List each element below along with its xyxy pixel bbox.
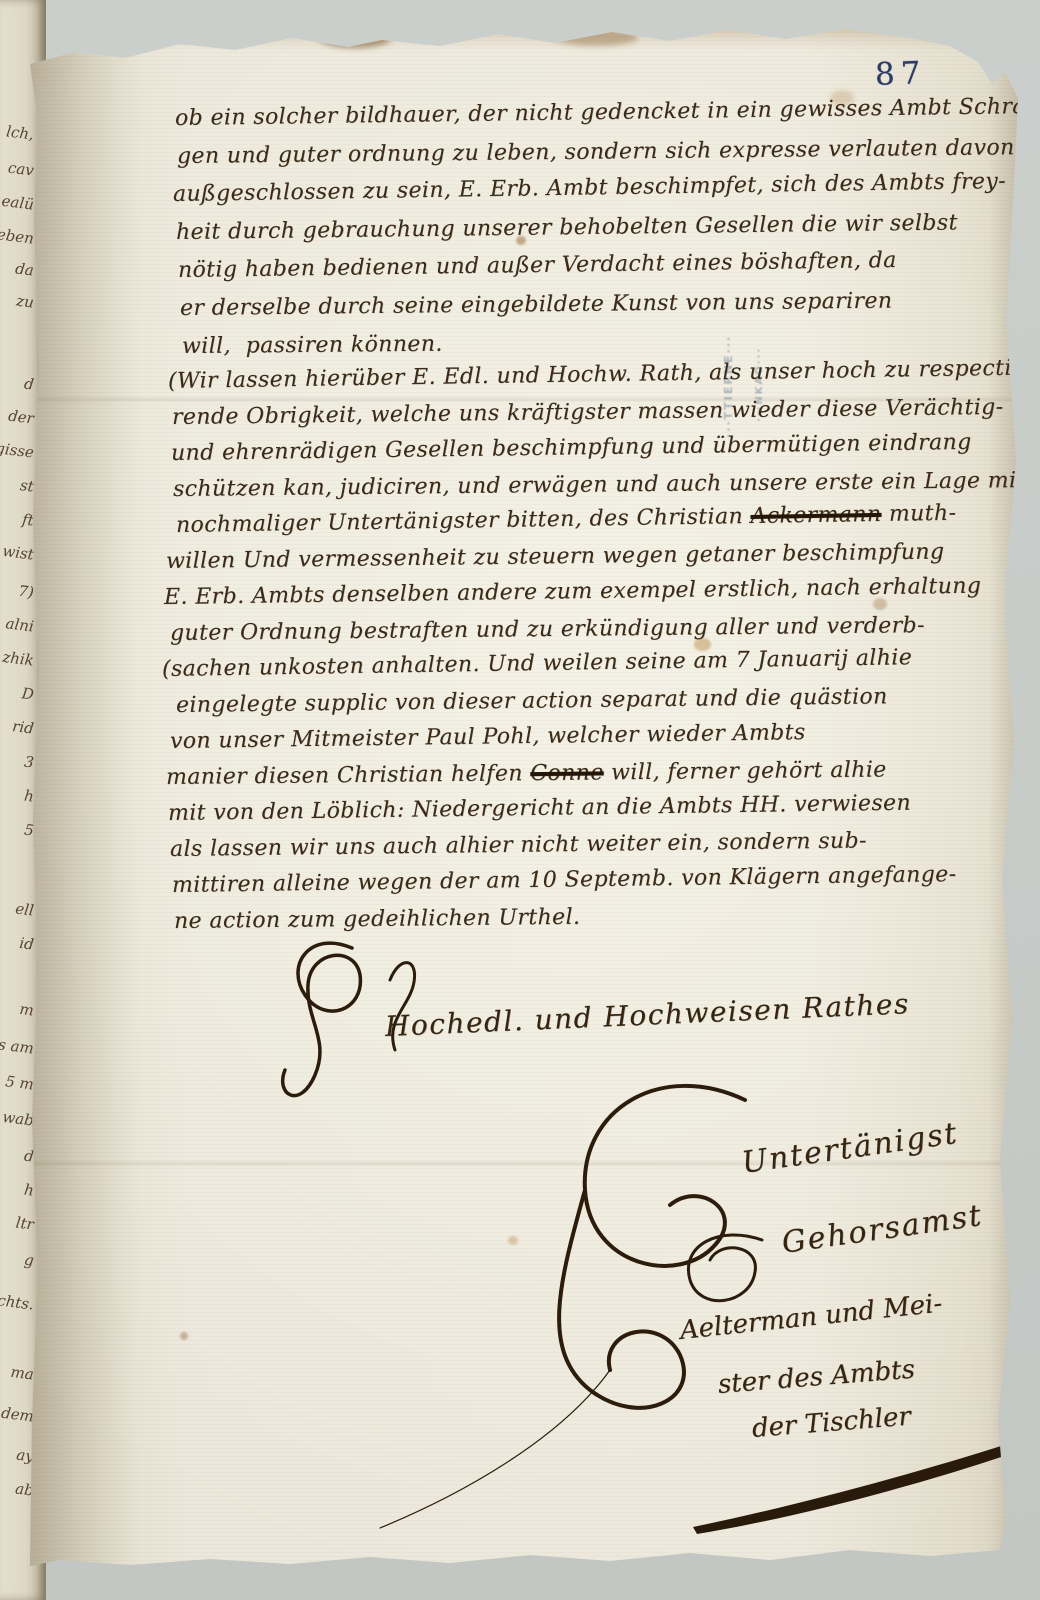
- manuscript-line: nötig haben bedienen und außer Verdacht …: [178, 248, 897, 283]
- manuscript-line: will, passiren können.: [182, 332, 443, 359]
- manuscript-line: außgeschlossen zu sein, E. Erb. Ambt bes…: [173, 169, 1006, 207]
- margin-fragment-text: id: [18, 934, 34, 954]
- margin-fragment: h: [0, 780, 35, 805]
- margin-fragment-text: ma: [10, 1363, 35, 1384]
- margin-fragment: ealü: [0, 188, 35, 213]
- paraph-lower-loop: [559, 1190, 684, 1408]
- margin-fragment-text: h: [23, 1181, 35, 1200]
- gutter-shadow: [30, 20, 140, 1568]
- manuscript-line: von unser Mitmeister Paul Pohl, welcher …: [170, 720, 806, 754]
- line-text: als lassen wir uns auch alhier nicht wei…: [170, 828, 867, 862]
- margin-fragment: zu: [0, 286, 35, 311]
- paraph-tail: [380, 1370, 610, 1528]
- stain-spot: [508, 1236, 518, 1245]
- margin-fragment-text: dem: [0, 1404, 35, 1426]
- struck-out-word: Conne: [530, 760, 604, 786]
- margin-fragment-text: D: [21, 684, 35, 703]
- manuscript-page: 87 ···TTIERNE··· ···NKAO··· ob ein solch…: [30, 20, 1022, 1568]
- manuscript-line: er derselbe durch seine eingebildete Kun…: [180, 289, 893, 321]
- margin-fragment-text: wist: [2, 542, 35, 564]
- stain-spot: [554, 30, 638, 46]
- line-text: will, ferner gehört alhie: [604, 757, 887, 785]
- paraph-upper-loop: [585, 1086, 745, 1266]
- margin-fragment-text: ell: [14, 899, 35, 919]
- margin-fragment-text: alni: [5, 614, 35, 635]
- margin-fragment-text: g: [23, 1251, 35, 1270]
- line-text: mit von den Löblich: Niedergericht an di…: [168, 791, 911, 826]
- line-text: nötig haben bedienen und außer Verdacht …: [178, 248, 897, 283]
- line-text: gen und guter ordnung zu leben, sondern …: [177, 135, 1015, 169]
- margin-fragment: rid: [0, 712, 35, 737]
- line-text: er derselbe durch seine eingebildete Kun…: [180, 289, 893, 321]
- margin-fragment-text: cav: [7, 159, 35, 180]
- margin-fragment: lch,: [0, 118, 35, 143]
- margin-fragment: ltr: [0, 1208, 35, 1233]
- line-text: (sachen unkosten anhalten. Und weilen se…: [162, 645, 913, 682]
- margin-fragment-text: eben: [0, 225, 35, 247]
- line-text: eingelegte supplic von dieser action sep…: [176, 684, 888, 718]
- margin-fragment: st: [0, 470, 35, 495]
- line-text: muth-: [881, 501, 956, 527]
- line-text: außgeschlossen zu sein, E. Erb. Ambt bes…: [173, 169, 1006, 207]
- manuscript-line: nochmaliger Untertänigster bitten, des C…: [176, 501, 957, 538]
- margin-fragment: eben: [0, 222, 35, 247]
- margin-fragment: da: [0, 254, 35, 279]
- manuscript-line: heit durch gebrauchung unserer behobelte…: [176, 210, 958, 245]
- page-edge-shadow: [988, 20, 1022, 1568]
- margin-fragment-text: 3: [23, 753, 35, 772]
- flourish-g: [688, 1235, 762, 1301]
- stain-spot: [205, 26, 249, 40]
- margin-fragment: ma: [0, 1358, 35, 1383]
- margin-fragment: chts.: [0, 1288, 35, 1313]
- line-text: rende Obrigkeit, welche uns kräftigster …: [172, 395, 1004, 430]
- line-text: von unser Mitmeister Paul Pohl, welcher …: [170, 720, 806, 754]
- folio-number: 87: [874, 55, 927, 93]
- signature-line-1: Aelterman und Mei-: [678, 1289, 943, 1346]
- manuscript-line: mit von den Löblich: Niedergericht an di…: [168, 791, 911, 826]
- margin-fragment: ay: [0, 1440, 35, 1465]
- manuscript-line: ob ein solcher bildhauer, der nicht gede…: [175, 94, 1034, 131]
- stain-spot: [318, 26, 392, 48]
- margin-fragment: d: [0, 1140, 35, 1165]
- signature-underline-swoosh: [693, 1442, 1016, 1534]
- line-text: E. Erb. Ambts denselben andere zum exemp…: [164, 574, 982, 610]
- margin-fragment-text: wab: [2, 1108, 35, 1130]
- margin-fragment: 7): [0, 576, 35, 601]
- manuscript-line: mittiren alleine wegen der am 10 Septemb…: [172, 862, 957, 898]
- margin-fragment: ft: [0, 504, 35, 529]
- manuscript-line: ne action zum gedeihlichen Urthel.: [174, 905, 581, 934]
- signature-line-2: ster des Ambts: [717, 1355, 916, 1400]
- margin-fragment-text: st: [19, 476, 35, 496]
- margin-fragment-text: gisse: [0, 439, 35, 462]
- margin-fragment: g: [0, 1244, 35, 1269]
- margin-fragment: 5: [0, 814, 35, 839]
- margin-fragment: zhik: [0, 644, 35, 669]
- stain-spot: [180, 1332, 188, 1340]
- margin-fragment-text: der: [7, 407, 35, 428]
- manuscript-line: eingelegte supplic von dieser action sep…: [176, 684, 888, 718]
- margin-fragment-text: h: [23, 787, 35, 806]
- closing-untertanigst: Untertänigst: [740, 1116, 961, 1181]
- line-text: willen Und vermessenheit zu steuern wege…: [166, 539, 945, 574]
- manuscript-line: E. Erb. Ambts denselben andere zum exemp…: [164, 574, 982, 610]
- margin-fragment-text: m: [19, 1000, 35, 1020]
- margin-fragment-text: ft: [21, 510, 35, 529]
- manuscript-line: und ehrenrädigen Gesellen beschimpfung u…: [171, 430, 972, 466]
- line-text: heit durch gebrauchung unserer behobelte…: [176, 210, 958, 245]
- margin-fragment: 5 m: [0, 1068, 35, 1093]
- margin-fragment: h: [0, 1174, 35, 1199]
- margin-fragment-text: ealü: [1, 192, 35, 214]
- manuscript-line: (sachen unkosten anhalten. Und weilen se…: [162, 645, 913, 682]
- closing-address-line: Hochedl. und Hochweisen Rathes: [384, 987, 910, 1043]
- line-text: schützen kan, judiciren, und erwägen und…: [173, 468, 1026, 502]
- margin-fragment: alni: [0, 610, 35, 635]
- manuscript-line: schützen kan, judiciren, und erwägen und…: [173, 468, 1026, 502]
- manuscript-line: guter Ordnung bestraften und zu erkündig…: [170, 613, 925, 646]
- manuscript-line: (Wir lassen hierüber E. Edl. und Hochw. …: [168, 356, 1020, 394]
- line-text: ne action zum gedeihlichen Urthel.: [174, 905, 581, 934]
- margin-fragment: dem: [0, 1400, 35, 1425]
- manuscript-scan: lch, cav ealü eben da zu d: [0, 0, 1040, 1600]
- signature-line-3: der Tischler: [751, 1402, 912, 1444]
- line-text: und ehrenrädigen Gesellen beschimpfung u…: [171, 430, 972, 466]
- margin-fragment-text: d: [23, 1147, 35, 1166]
- line-text: will, passiren können.: [182, 332, 443, 359]
- margin-fragment: wab: [0, 1104, 35, 1129]
- manuscript-line: willen Und vermessenheit zu steuern wege…: [166, 539, 945, 574]
- margin-fragment-text: zhik: [1, 648, 34, 670]
- line-text: nochmaliger Untertänigster bitten, des C…: [176, 504, 751, 538]
- margin-fragment: m: [0, 994, 35, 1019]
- margin-fragment-text: rid: [11, 717, 35, 737]
- closing-gehorsamst: Gehorsamst: [780, 1198, 986, 1261]
- manuscript-line: gen und guter ordnung zu leben, sondern …: [177, 135, 1015, 169]
- top-edge-stain: [30, 20, 1022, 50]
- margin-fragment: D: [0, 678, 35, 703]
- line-text: (Wir lassen hierüber E. Edl. und Hochw. …: [168, 356, 1020, 394]
- margin-fragment: id: [0, 928, 35, 953]
- margin-fragment-text: 7): [17, 582, 34, 602]
- margin-fragment-text: chts.: [0, 1291, 35, 1313]
- margin-fragment-text: ltr: [15, 1214, 35, 1234]
- margin-fragment-text: d: [23, 375, 35, 394]
- manuscript-line: als lassen wir uns auch alhier nicht wei…: [170, 828, 867, 862]
- margin-fragment: gisse: [0, 436, 35, 461]
- flourish-initial: [283, 943, 361, 1096]
- margin-fragment: cav: [0, 154, 35, 179]
- margin-fragment: der: [0, 402, 35, 427]
- margin-fragment: wist: [0, 538, 35, 563]
- line-text: mittiren alleine wegen der am 10 Septemb…: [172, 862, 957, 898]
- margin-fragment-text: s am: [0, 1035, 35, 1057]
- struck-out-word: Ackermann: [750, 502, 881, 529]
- line-text: guter Ordnung bestraften und zu erkündig…: [170, 613, 925, 646]
- margin-fragment: ab: [0, 1474, 35, 1499]
- margin-fragment-text: lch,: [5, 122, 35, 143]
- margin-fragment: ell: [0, 894, 35, 919]
- margin-fragment: d: [0, 368, 35, 393]
- margin-fragment: s am: [0, 1032, 35, 1057]
- margin-fragment: 3: [0, 746, 35, 771]
- margin-fragment-text: zu: [15, 292, 35, 312]
- margin-fragment-text: da: [14, 259, 35, 279]
- manuscript-line: manier diesen Christian helfen Conne wil…: [166, 757, 887, 790]
- manuscript-line: rende Obrigkeit, welche uns kräftigster …: [172, 395, 1004, 430]
- line-text: ob ein solcher bildhauer, der nicht gede…: [175, 94, 1034, 131]
- margin-fragment-text: 5 m: [4, 1072, 35, 1093]
- line-text: manier diesen Christian helfen: [166, 761, 531, 790]
